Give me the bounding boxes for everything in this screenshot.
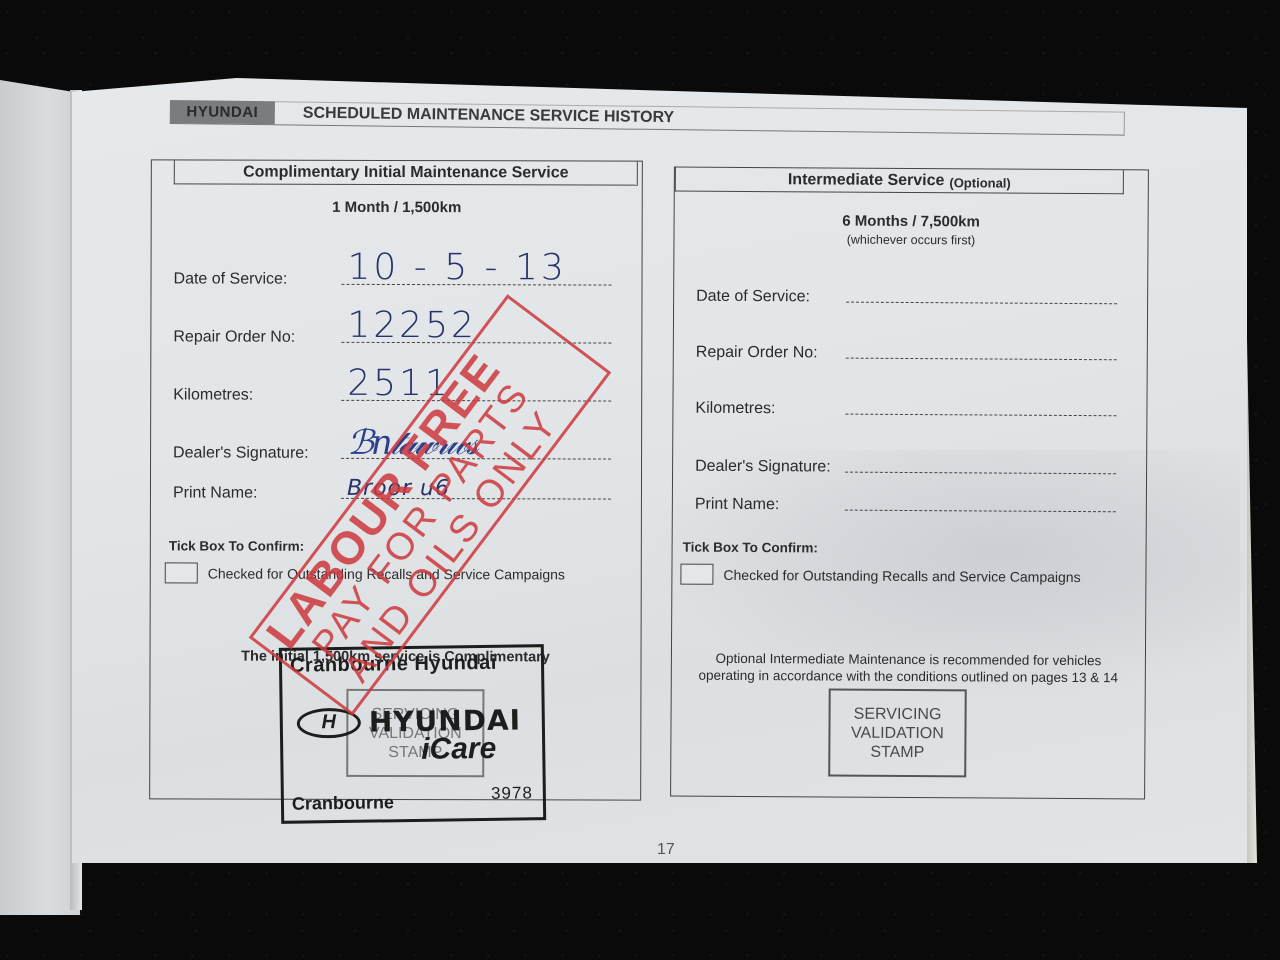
field-line[interactable]: Broor u6 <box>341 475 611 500</box>
field-label: Print Name: <box>695 496 845 515</box>
recalls-checkbox-row[interactable]: Checked for Outstanding Recalls and Serv… <box>165 562 565 584</box>
field-line[interactable] <box>845 449 1116 475</box>
validation-line: VALIDATION <box>851 723 944 743</box>
intermediate-note: Optional Intermediate Maintenance is rec… <box>672 650 1145 687</box>
field-line[interactable] <box>846 335 1117 361</box>
service-period: 1 Month / 1,500km <box>152 198 642 216</box>
dealer-postcode: 3978 <box>491 783 533 804</box>
service-period-note: (whichever occurs first) <box>674 232 1147 249</box>
service-period: 6 Months / 7,500km <box>675 212 1148 232</box>
field-kilometres[interactable]: Kilometres: 2511 <box>173 376 611 405</box>
service-title: Complimentary Initial Maintenance Servic… <box>174 160 638 185</box>
field-line[interactable] <box>845 391 1116 417</box>
field-date-of-service[interactable]: Date of Service: <box>696 278 1117 309</box>
field-kilometres[interactable]: Kilometres: <box>695 390 1116 421</box>
field-line[interactable]: 2511 <box>341 377 611 402</box>
field-dealer-signature[interactable]: Dealer's Signature: <box>695 448 1116 479</box>
handwritten-repair-order: 12252 <box>347 308 477 344</box>
recalls-checkbox[interactable] <box>680 564 713 585</box>
recalls-checkbox-label: Checked for Outstanding Recalls and Serv… <box>208 565 565 582</box>
tick-box-title: Tick Box To Confirm: <box>683 540 818 556</box>
note-line: operating in accordance with the conditi… <box>672 667 1145 687</box>
field-line[interactable] <box>846 279 1117 305</box>
field-print-name[interactable]: Print Name: Broor u6 <box>173 474 611 503</box>
hyundai-h-icon: H <box>297 707 361 738</box>
field-print-name[interactable]: Print Name: <box>695 486 1116 517</box>
page-number: 17 <box>657 841 675 859</box>
dealer-stamp: Cranbourne Hyundai H HYUNDAI iCare Cranb… <box>279 644 546 824</box>
field-label: Print Name: <box>173 484 341 502</box>
field-line[interactable]: 10 - 5 - 13 <box>342 261 612 286</box>
field-date-of-service[interactable]: Date of Service: 10 - 5 - 13 <box>174 260 612 289</box>
field-repair-order[interactable]: Repair Order No: 12252 <box>173 318 611 347</box>
validation-line: SERVICING <box>854 704 942 724</box>
page-title: SCHEDULED MAINTENANCE SERVICE HISTORY <box>275 101 1125 134</box>
field-label: Repair Order No: <box>173 328 341 346</box>
field-label: Dealer's Signature: <box>695 458 845 477</box>
handwritten-print-name: Broor u6 <box>347 478 450 500</box>
field-line[interactable]: ℬn𝓉𝒶𝓌𝓇𝓌𝓈 <box>341 435 611 460</box>
tick-box-title: Tick Box To Confirm: <box>169 538 304 553</box>
field-label: Kilometres: <box>173 386 341 404</box>
optional-tag: (Optional) <box>949 175 1010 190</box>
recalls-checkbox-label: Checked for Outstanding Recalls and Serv… <box>723 566 1080 584</box>
validation-line: STAMP <box>870 742 924 761</box>
field-dealer-signature[interactable]: Dealer's Signature: ℬn𝓉𝒶𝓌𝓇𝓌𝓈 <box>173 434 611 463</box>
handwritten-kilometres: 2511 <box>347 366 451 402</box>
field-line[interactable] <box>845 487 1116 513</box>
service-title-text: Intermediate Service <box>788 171 945 190</box>
field-repair-order[interactable]: Repair Order No: <box>696 334 1117 365</box>
service-title-text: Complimentary Initial Maintenance Servic… <box>243 163 568 182</box>
recalls-checkbox-row[interactable]: Checked for Outstanding Recalls and Serv… <box>680 564 1080 587</box>
page-header: HYUNDAI SCHEDULED MAINTENANCE SERVICE HI… <box>170 100 1125 136</box>
service-title: Intermediate Service (Optional) <box>675 168 1124 195</box>
field-label: Date of Service: <box>174 270 342 288</box>
validation-stamp-box: SERVICING VALIDATION STAMP <box>828 689 967 778</box>
icare-program: iCare <box>421 732 497 767</box>
page-content: HYUNDAI SCHEDULED MAINTENANCE SERVICE HI… <box>0 0 1280 960</box>
dealer-name: Cranbourne Hyundai <box>290 652 497 678</box>
dealer-suburb: Cranbourne <box>292 792 394 814</box>
recalls-checkbox[interactable] <box>165 562 198 583</box>
field-label: Date of Service: <box>696 288 846 307</box>
field-label: Dealer's Signature: <box>173 444 341 462</box>
handwritten-date: 10 - 5 - 13 <box>348 250 567 287</box>
service-box-intermediate: Intermediate Service (Optional) 6 Months… <box>670 167 1149 800</box>
field-label: Repair Order No: <box>696 344 846 363</box>
field-line[interactable]: 12252 <box>341 319 611 344</box>
brand-tab: HYUNDAI <box>170 100 275 124</box>
field-label: Kilometres: <box>695 400 845 419</box>
signature-scrawl: ℬn𝓉𝒶𝓌𝓇𝓌𝓈 <box>347 426 476 460</box>
